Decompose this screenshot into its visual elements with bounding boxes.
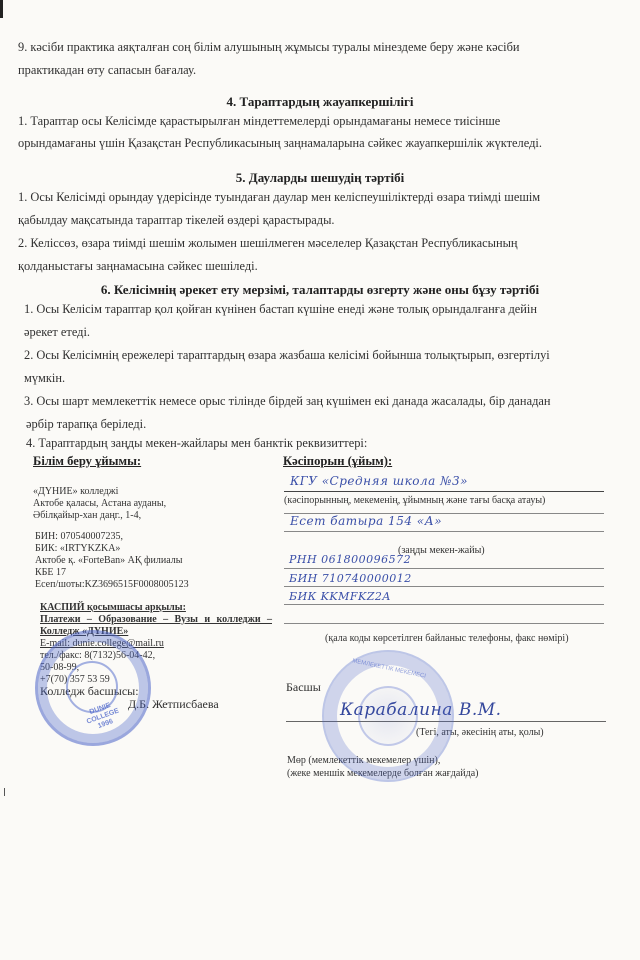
left-party-head-name: Д.Б. Жетписбаева	[128, 693, 219, 716]
right-party-address-line	[284, 531, 604, 532]
right-party-name-caption: (кәсіпорынның, мекеменің, ұйымның және т…	[284, 495, 545, 506]
school-stamp-text: МЕМЛЕКЕТТІК МЕКЕМЕСІ	[344, 657, 433, 682]
left-party-kaspi-label: КАСПИЙ қосымшасы арқылы:	[40, 602, 186, 615]
right-party-head-label: Басшы	[286, 676, 321, 699]
section-4-p1-line2: орындамағаны үшін Қазақстан Республикасы…	[18, 132, 542, 155]
right-party-seal-note1: Мөр (мемлекеттік мекемелер үшін),	[287, 755, 440, 766]
left-party-kbe: КБЕ 17	[35, 567, 66, 580]
section-6-p1-line2: әрекет етеді.	[24, 321, 90, 344]
right-party-name-handwritten: КГУ «Средняя школа №3»	[290, 474, 468, 488]
left-party-address1: Актобе қаласы, Астана ауданы,	[33, 498, 166, 511]
left-party-kaspi-path2: Колледж «ДҮНИЕ»	[40, 626, 128, 639]
section-6-title: 6. Келісімнің әрекет ету мерзімі, талапт…	[0, 282, 640, 298]
right-party-phone-caption: (қала коды көрсетілген байланыс телефоны…	[325, 633, 569, 644]
right-party-bik-line	[284, 604, 604, 605]
section-4-title: 4. Тараптардың жауапкершілігі	[0, 94, 640, 110]
section-6-p2-line2: мүмкін.	[24, 367, 65, 390]
left-party-address2: Әбілқайыр-хан даңг., 1-4,	[33, 510, 141, 523]
right-party-phone-line	[284, 623, 604, 624]
right-party-signature: Карабалина В.М.	[340, 700, 502, 720]
margin-mark	[4, 788, 5, 796]
right-party-address-handwritten: Есет батыра 154 «А»	[290, 514, 442, 528]
right-party-rnn-line	[284, 568, 604, 569]
left-party-bin: БИН: 070540007235,	[35, 531, 123, 544]
left-party-head-label: Колледж басшысы:	[40, 680, 139, 703]
left-party-name: «ДҮНИЕ» колледжі	[33, 486, 118, 499]
document-page: 9. кәсіби практика аяқталған соң білім а…	[0, 0, 640, 960]
left-party-phone2: 50-08-99,	[40, 662, 79, 675]
right-party-signature-line	[286, 721, 606, 722]
right-party-heading: Кәсіпорын (ұйым):	[283, 454, 392, 469]
right-party-rnn: РНН 061800096572	[289, 553, 411, 566]
section-5-p1-line1: 1. Осы Келісімді орындау үдерісінде туын…	[18, 186, 540, 209]
section-6-p3-line1: 3. Осы шарт мемлекеттік немесе орыс тілі…	[24, 390, 551, 413]
section-6-p4: 4. Тараптардың заңды мекен-жайлары мен б…	[26, 432, 367, 455]
section-6-p2-line1: 2. Осы Келісімнің ережелері тараптардың …	[24, 344, 550, 367]
right-party-bin-line	[284, 586, 604, 587]
section-5-title: 5. Дауларды шешудің тәртібі	[0, 170, 640, 186]
right-party-signature-caption: (Тегі, аты, әкесінің аты, қолы)	[416, 727, 544, 738]
right-party-bin: БИН 710740000012	[289, 572, 412, 585]
right-party-bik: БИК KKMFKZ2A	[289, 590, 391, 603]
right-party-seal-note2: (жеке меншік мекемелерде болған жағдайда…	[287, 768, 478, 779]
section-5-p2-line1: 2. Келіссөз, өзара тиімді шешім жолымен …	[18, 232, 626, 255]
left-party-email[interactable]: E-mail: dunie.college@mail.ru	[40, 638, 164, 651]
left-party-bank: Актобе қ. «ForteBan» АҚ филиалы	[35, 555, 182, 568]
left-party-heading: Білім беру ұйымы:	[33, 454, 141, 469]
section-5-p2-line2: қолданыстағы заңнамасына сәйкес шешіледі…	[18, 255, 258, 278]
left-party-phone1: тел./факс: 8(7132)56-04-42,	[40, 650, 155, 663]
left-party-bik: БИК: «IRTYKZKA»	[35, 543, 120, 556]
item-9-line1: 9. кәсіби практика аяқталған соң білім а…	[18, 36, 626, 59]
left-party-account: Есеп/шоты:KZ3696515F0008005123	[35, 579, 189, 592]
college-stamp-text: DUNIE COLLEGE 1996	[75, 697, 130, 737]
right-party-name-line	[284, 491, 604, 492]
corner-mark	[0, 0, 3, 18]
item-9-line2: практикадан өту сапасын бағалау.	[18, 59, 196, 82]
left-party-kaspi-path1: Платежи – Образование – Вузы и колледжи …	[40, 614, 272, 627]
section-4-p1-line1: 1. Тараптар осы Келісімде қарастырылған …	[18, 110, 500, 133]
section-6-p1-line1: 1. Осы Келісім тараптар қол қойған күнін…	[24, 298, 537, 321]
section-5-p1-line2: қабылдау мақсатында тараптар тікелей өзд…	[18, 209, 335, 232]
